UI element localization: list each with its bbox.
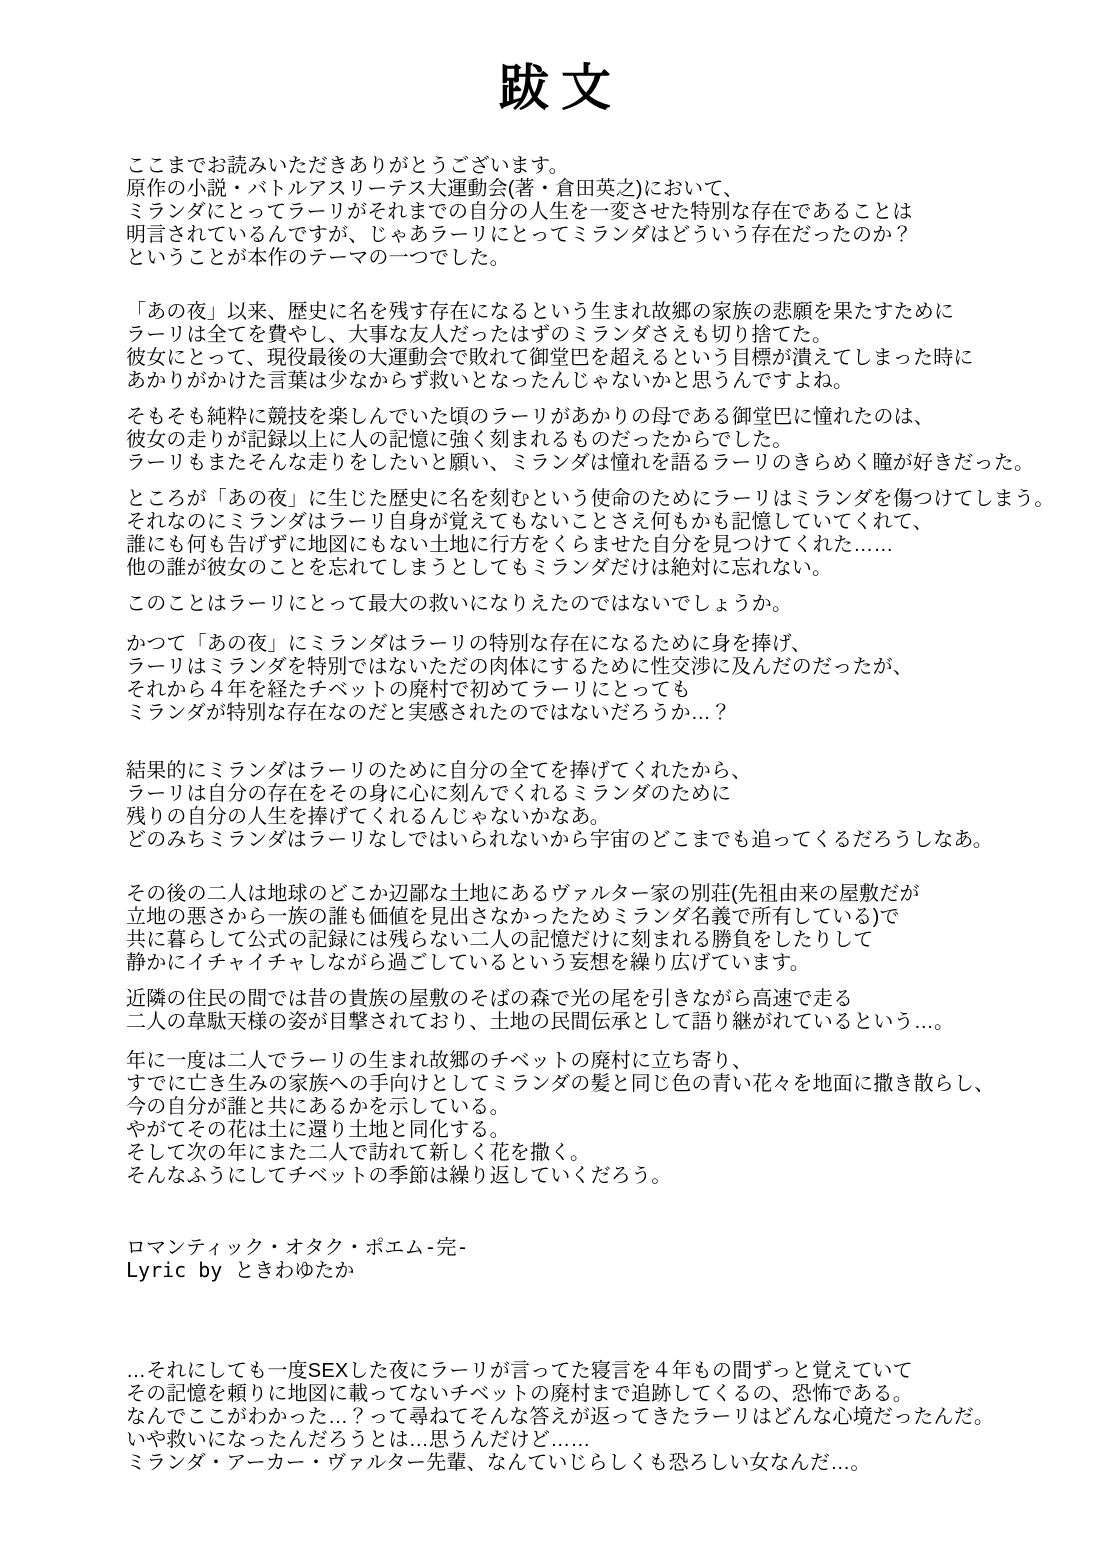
afterword-body: ここまでお読みいただきありがとうございます。 原作の小説・バトルアスリーテス大運… [0,155,1110,1475]
afterword-page: 跋文 ここまでお読みいただきありがとうございます。 原作の小説・バトルアスリーテ… [0,58,1110,1475]
paragraph-salvation: このことはラーリにとって最大の救いになりえたのではないでしょうか。 [126,593,1074,616]
paragraph-special-existence: かつて「あの夜」にミランダはラーリの特別な存在になるために身を捧げ、 ラーリはミ… [126,633,1074,725]
paragraph-memory: ところが「あの夜」に生じた歴史に名を刻むという使命のためにラーリはミランダを傷つ… [126,488,1074,580]
paragraph-that-night: 「あの夜」以来、歴史に名を残す存在になるという生まれ故郷の家族の悲願を果たすため… [126,301,1074,393]
paragraph-folklore: 近隣の住民の間では昔の貴族の屋敷のそばの森で光の尾を引きながら高速で走る 二人の… [126,988,1074,1034]
paragraph-devotion: 結果的にミランダはラーリのために自分の全てを捧げてくれたから、 ラーリは自分の存… [126,760,1074,852]
paragraph-postscript: …それにしても一度SEXした夜にラーリが言ってた寝言を４年もの間ずっと覚えていて… [126,1360,1074,1475]
paragraph-thanks: ここまでお読みいただきありがとうございます。 原作の小説・バトルアスリーテス大運… [126,155,1074,270]
paragraph-tibet-seasons: 年に一度は二人でラーリの生まれ故郷のチベットの廃村に立ち寄り、 すでに亡き生みの… [126,1050,1074,1188]
poem-credits: ロマンティック・オタク・ポエム-完- Lyric by ときわゆたか [126,1236,1074,1282]
paragraph-admiration: そもそも純粋に競技を楽しんでいた頃のラーリがあかりの母である御堂巴に憧れたのは、… [126,406,1074,475]
page-title: 跋文 [0,58,1110,118]
paragraph-villa-fantasy: その後の二人は地球のどこか辺鄙な土地にあるヴァルター家の別荘(先祖由来の屋敷だが… [126,883,1074,975]
